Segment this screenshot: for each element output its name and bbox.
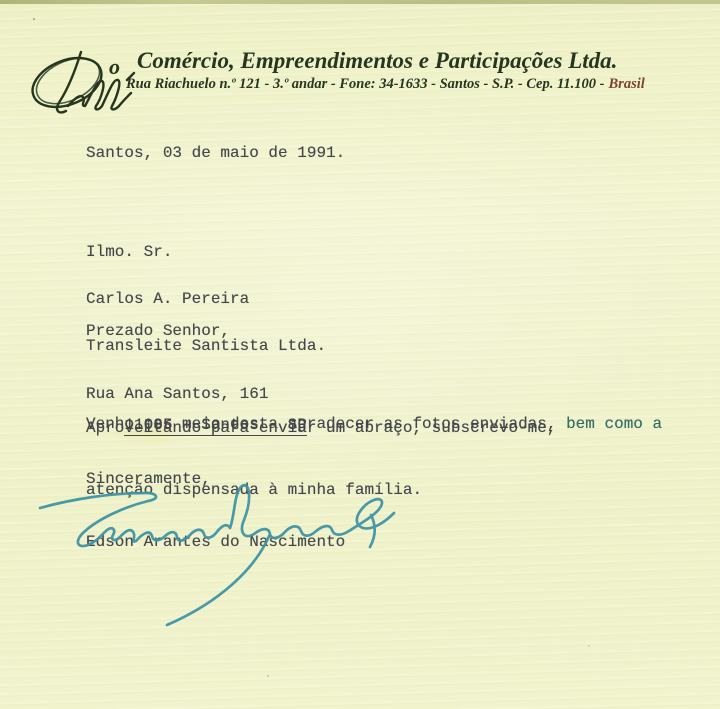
company-address-country: Brasil	[609, 76, 645, 92]
recipient-line-company: Transleite Santista Ltda.	[86, 339, 326, 355]
recipient-line-honorific: Ilmo. Sr.	[86, 245, 326, 261]
body-line-1-accent: bem como a	[566, 415, 662, 433]
letterhead-prefix-o: o	[109, 54, 120, 80]
body-paragraph-2: Aproveitando para enviar um abraço, subs…	[86, 420, 556, 436]
signature-handwriting	[30, 470, 430, 635]
scanned-letter-page: Pelé o Comércio, Empreendimentos e Parti…	[0, 0, 720, 709]
company-address: Rua Riachuelo n.º 121 - 3.º andar - Fone…	[126, 76, 645, 93]
salutation: Prezado Senhor,	[86, 323, 230, 339]
date-line: Santos, 03 de maio de 1991.	[86, 145, 345, 161]
company-name: Comércio, Empreendimentos e Participaçõe…	[137, 48, 617, 74]
signature-stroke	[40, 485, 394, 625]
company-address-main: Rua Riachuelo n.º 121 - 3.º andar - Fone…	[126, 76, 605, 92]
recipient-line-name: Carlos A. Pereira	[86, 292, 326, 308]
